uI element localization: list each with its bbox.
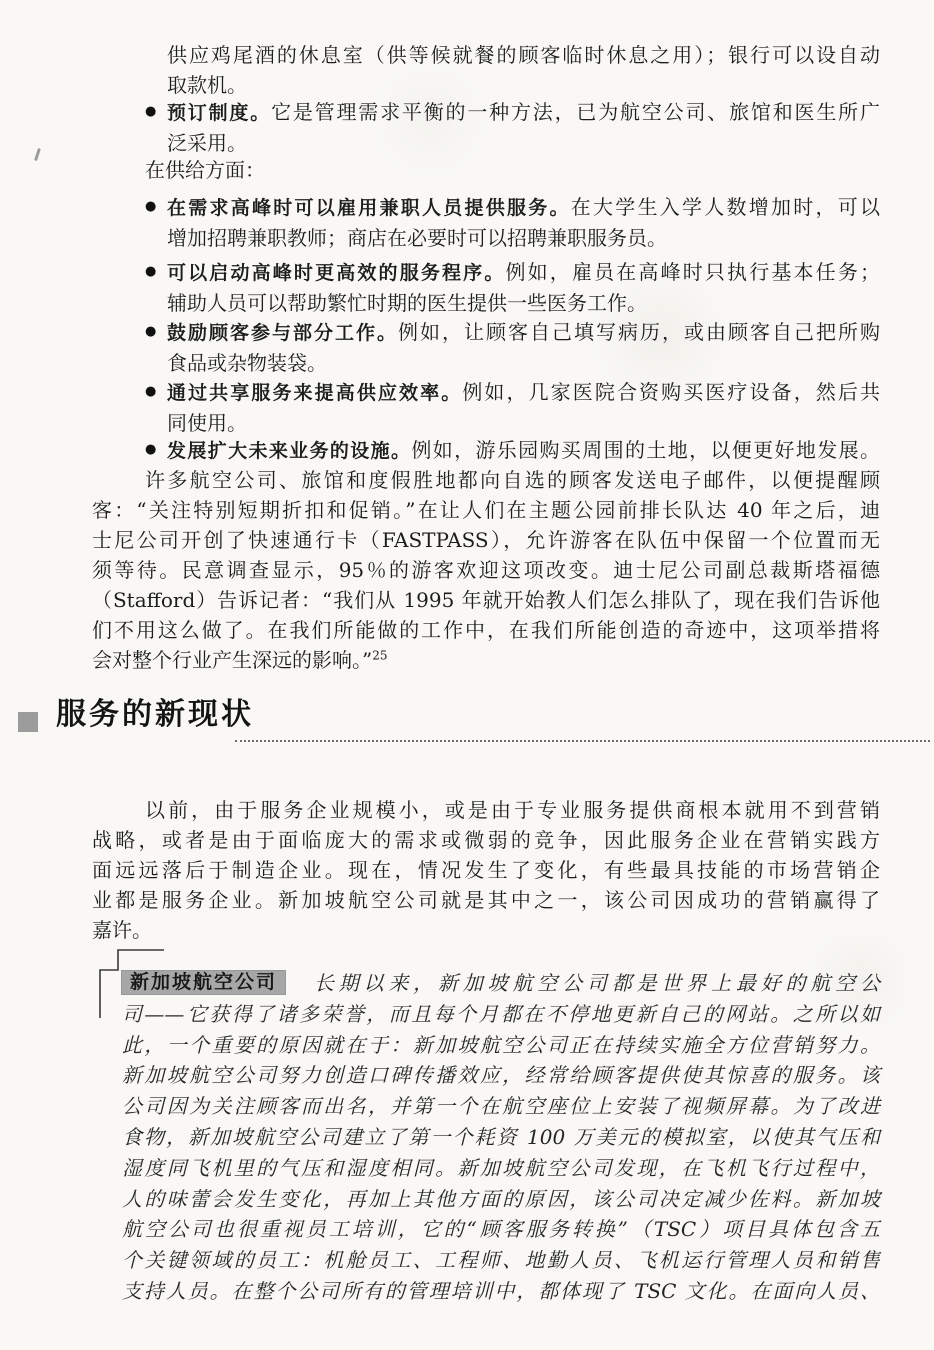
text-segment: 许多航空公司、旅馆和度假胜地都向自选的顾客发送电子邮件，以便提醒顾 — [145, 468, 880, 492]
text-segment: 会对整个行业产生深远的影响。” — [92, 648, 372, 672]
text-segment: 面远远落后于制造企业。现在，情况发生了变化，有些最具技能的市场营销企 — [92, 858, 880, 882]
text-line: 供应鸡尾酒的休息室（供等候就餐的顾客临时休息之用）；银行可以设自动 — [167, 40, 880, 70]
text-line: 新加坡航空公司努力创造口碑传播效应，经常给顾客提供使其惊喜的服务。该 — [122, 1060, 880, 1091]
text-segment: 例如，几家医院合资购买医疗设备，然后共 — [462, 380, 880, 404]
text-line: 通过共享服务来提高供应效率。例如，几家医院合资购买医疗设备，然后共 — [167, 377, 880, 408]
text-segment: 客：“关注特别短期折扣和促销。”在让人们在主题公园前排长队达 40 年之后，迪 — [92, 498, 880, 522]
text-line: 取款机。 — [167, 70, 880, 100]
text-line: 在供给方面： — [145, 155, 880, 185]
text-segment: 司——它获得了诸多荣誉，而且每个月都在不停地更新自己的网站。之所以如 — [122, 1002, 880, 1026]
text-segment: 嘉许。 — [92, 918, 152, 942]
text-line: 客：“关注特别短期折扣和促销。”在让人们在主题公园前排长队达 40 年之后，迪 — [92, 495, 880, 525]
text-segment: 食品或杂物装袋。 — [167, 351, 327, 375]
bullet-item-shared-services: ● 通过共享服务来提高供应效率。例如，几家医院合资购买医疗设备，然后共同使用。 — [167, 377, 880, 438]
text-segment: 须等待。民意调查显示，95％的游客欢迎这项改变。迪士尼公司副总裁斯塔福德 — [92, 558, 880, 582]
dotted-rule — [235, 740, 930, 742]
text-line: 湿度同飞机里的气压和湿度相同。新加坡航空公司发现，在飞机飞行过程中， — [122, 1153, 880, 1184]
bullet-item-customer-participation: ● 鼓励顾客参与部分工作。例如，让顾客自己填写病历，或由顾客自己把所购食品或杂物… — [167, 317, 880, 378]
bold-lead-text: 通过共享服务来提高供应效率。 — [167, 382, 462, 404]
text-segment: 湿度同飞机里的气压和湿度相同。新加坡航空公司发现，在飞机飞行过程中， — [122, 1156, 880, 1180]
text-segment: 个关键领域的员工：机舱员工、工程师、地勤人员、飞机运行管理人员和销售 — [122, 1248, 880, 1272]
text-line: 航空公司也很重视员工培训，它的“顾客服务转换”（TSC）项目具体包含五 — [122, 1214, 880, 1245]
text-segment: 新加坡航空公司努力创造口碑传播效应，经常给顾客提供使其惊喜的服务。该 — [122, 1063, 880, 1087]
bold-lead-text: 在需求高峰时可以雇用兼职人员提供服务。 — [167, 197, 571, 219]
text-segment: 食物，新加坡航空公司建立了第一个耗资 100 万美元的模拟室，以使其气压和 — [122, 1125, 880, 1149]
text-segment: 支持人员。在整个公司所有的管理培训中，都体现了 TSC 文化。在面向人员、 — [122, 1279, 880, 1303]
bullet-item-reservation-system: ● 预订制度。它是管理需求平衡的一种方法，已为航空公司、旅馆和医生所广泛采用。 — [167, 97, 880, 158]
text-segment: （Stafford）告诉记者：“我们从 1995 年就开始教人们怎么排队了，现在… — [92, 588, 880, 612]
bullet-icon: ● — [145, 317, 156, 347]
bullet-item-text: 鼓励顾客参与部分工作。例如，让顾客自己填写病历，或由顾客自己把所购食品或杂物装袋… — [167, 317, 880, 378]
footnote-ref: 25 — [372, 648, 387, 662]
book-page: 供应鸡尾酒的休息室（供等候就餐的顾客临时休息之用）；银行可以设自动取款机。 ● … — [0, 0, 934, 1350]
scan-artifact-mark — [34, 148, 40, 161]
text-segment: 航空公司也很重视员工培训，它的“顾客服务转换”（TSC）项目具体包含五 — [122, 1217, 880, 1241]
text-line: 面远远落后于制造企业。现在，情况发生了变化，有些最具技能的市场营销企 — [92, 855, 880, 885]
bullet-item-text: 在需求高峰时可以雇用兼职人员提供服务。在大学生入学人数增加时，可以增加招聘兼职教… — [167, 192, 880, 253]
text-segment: 此，一个重要的原因就在于：新加坡航空公司正在持续实施全方位营销努力。 — [122, 1033, 880, 1057]
section-marker-square — [18, 712, 38, 732]
text-segment: 辅助人员可以帮助繁忙时期的医生提供一些医务工作。 — [167, 291, 647, 315]
text-segment: 例如，让顾客自己填写病历，或由顾客自己把所购 — [398, 320, 880, 344]
text-line: 公司因为关注顾客而出名，并第一个在航空座位上安装了视频屏幕。为了改进 — [122, 1091, 880, 1122]
bullet-item-text: 通过共享服务来提高供应效率。例如，几家医院合资购买医疗设备，然后共同使用。 — [167, 377, 880, 438]
text-segment: 以前，由于服务企业规模小，或是由于专业服务提供商根本就用不到营销 — [145, 798, 880, 822]
supply-side-leadin: 在供给方面： — [145, 155, 880, 185]
text-line: 预订制度。它是管理需求平衡的一种方法，已为航空公司、旅馆和医生所广 — [167, 97, 880, 128]
bullet-item-peak-efficiency: ● 可以启动高峰时更高效的服务程序。例如，雇员在高峰时只执行基本任务；辅助人员可… — [167, 257, 880, 318]
text-line: 新加坡航空公司长期以来，新加坡航空公司都是世界上最好的航空公 — [122, 968, 880, 999]
bullet-item-text: 预订制度。它是管理需求平衡的一种方法，已为航空公司、旅馆和医生所广泛采用。 — [167, 97, 880, 158]
text-line: 须等待。民意调查显示，95％的游客欢迎这项改变。迪士尼公司副总裁斯塔福德 — [92, 555, 880, 585]
text-segment: 长期以来，新加坡航空公司都是世界上最好的航空公 — [309, 971, 880, 995]
text-line: 士尼公司开创了快速通行卡（FASTPASS），允许游客在队伍中保留一个位置而无 — [92, 525, 880, 555]
text-segment: 供应鸡尾酒的休息室（供等候就餐的顾客临时休息之用）；银行可以设自动 — [167, 43, 880, 67]
bullet-icon: ● — [145, 377, 156, 407]
text-segment: 业都是服务企业。新加坡航空公司就是其中之一，该公司因成功的营销赢得了 — [92, 888, 880, 912]
bold-lead-text: 预订制度。 — [167, 102, 271, 124]
bold-lead-text: 可以启动高峰时更高效的服务程序。 — [167, 262, 506, 284]
text-line: 食品或杂物装袋。 — [167, 348, 880, 378]
text-segment: 人的味蕾会发生变化，再加上其他方面的原因，该公司决定减少佐料。新加坡 — [122, 1187, 880, 1211]
bold-lead-text: 发展扩大未来业务的设施。 — [167, 440, 411, 462]
text-segment: 在大学生入学人数增加时，可以 — [571, 195, 880, 219]
text-line: 辅助人员可以帮助繁忙时期的医生提供一些医务工作。 — [167, 288, 880, 318]
text-line: 司——它获得了诸多荣誉，而且每个月都在不停地更新自己的网站。之所以如 — [122, 999, 880, 1030]
text-line: 泛采用。 — [167, 128, 880, 158]
case-study-tag: 新加坡航空公司 — [122, 971, 285, 994]
text-segment: 它是管理需求平衡的一种方法，已为航空公司、旅馆和医生所广 — [271, 100, 880, 124]
text-line: 以前，由于服务企业规模小，或是由于专业服务提供商根本就用不到营销 — [92, 795, 880, 825]
bullet-icon: ● — [145, 192, 156, 222]
text-segment: 战略，或者是由于面临庞大的需求或微弱的竞争，因此服务企业在营销实践方 — [92, 828, 880, 852]
text-line: （Stafford）告诉记者：“我们从 1995 年就开始教人们怎么排队了，现在… — [92, 585, 880, 615]
bullet-item-text: 可以启动高峰时更高效的服务程序。例如，雇员在高峰时只执行基本任务；辅助人员可以帮… — [167, 257, 880, 318]
text-segment: 泛采用。 — [167, 131, 247, 155]
text-line: 支持人员。在整个公司所有的管理培训中，都体现了 TSC 文化。在面向人员、 — [122, 1276, 880, 1307]
bullet-item-text: 发展扩大未来业务的设施。例如，游乐园购买周围的土地，以便更好地发展。 — [167, 435, 880, 466]
text-segment: 同使用。 — [167, 411, 247, 435]
text-line: 许多航空公司、旅馆和度假胜地都向自选的顾客发送电子邮件，以便提醒顾 — [92, 465, 880, 495]
text-segment: 例如，雇员在高峰时只执行基本任务； — [506, 260, 881, 284]
section-title: 服务的新现状 — [56, 698, 254, 732]
text-line: 可以启动高峰时更高效的服务程序。例如，雇员在高峰时只执行基本任务； — [167, 257, 880, 288]
text-line: 同使用。 — [167, 408, 880, 438]
text-line: 增加招聘兼职教师；商店在必要时可以招聘兼职服务员。 — [167, 223, 880, 253]
paragraph-service-new-realities: 以前，由于服务企业规模小，或是由于专业服务提供商根本就用不到营销战略，或者是由于… — [92, 795, 880, 945]
case-study-singapore-airlines: 新加坡航空公司长期以来，新加坡航空公司都是世界上最好的航空公司——它获得了诸多荣… — [122, 968, 880, 1307]
text-line: 发展扩大未来业务的设施。例如，游乐园购买周围的土地，以便更好地发展。 — [167, 435, 880, 466]
text-segment: 们不用这么做了。在我们所能做的工作中，在我们所能创造的奇迹中，这项举措将 — [92, 618, 880, 642]
bullet-item-continuation: 供应鸡尾酒的休息室（供等候就餐的顾客临时休息之用）；银行可以设自动取款机。 — [167, 40, 880, 100]
paragraph-disney-fastpass: 许多航空公司、旅馆和度假胜地都向自选的顾客发送电子邮件，以便提醒顾客：“关注特别… — [92, 465, 880, 675]
text-line: 鼓励顾客参与部分工作。例如，让顾客自己填写病历，或由顾客自己把所购 — [167, 317, 880, 348]
bullet-item-future-expansion: ● 发展扩大未来业务的设施。例如，游乐园购买周围的土地，以便更好地发展。 — [167, 435, 880, 466]
bullet-icon: ● — [145, 257, 156, 287]
text-line: 战略，或者是由于面临庞大的需求或微弱的竞争，因此服务企业在营销实践方 — [92, 825, 880, 855]
text-line: 会对整个行业产生深远的影响。”25 — [92, 645, 880, 675]
text-segment: 例如，游乐园购买周围的土地，以便更好地发展。 — [411, 438, 880, 462]
text-line: 嘉许。 — [92, 915, 880, 945]
text-line: 们不用这么做了。在我们所能做的工作中，在我们所能创造的奇迹中，这项举措将 — [92, 615, 880, 645]
bullet-icon: ● — [145, 97, 156, 127]
text-segment: 增加招聘兼职教师；商店在必要时可以招聘兼职服务员。 — [167, 226, 667, 250]
text-line: 食物，新加坡航空公司建立了第一个耗资 100 万美元的模拟室，以使其气压和 — [122, 1122, 880, 1153]
text-line: 人的味蕾会发生变化，再加上其他方面的原因，该公司决定减少佐料。新加坡 — [122, 1184, 880, 1215]
text-segment: 取款机。 — [167, 73, 247, 97]
text-segment: 公司因为关注顾客而出名，并第一个在航空座位上安装了视频屏幕。为了改进 — [122, 1094, 880, 1118]
text-line: 此，一个重要的原因就在于：新加坡航空公司正在持续实施全方位营销努力。 — [122, 1030, 880, 1061]
bold-lead-text: 鼓励顾客参与部分工作。 — [167, 322, 398, 344]
bullet-item-part-time-staff: ● 在需求高峰时可以雇用兼职人员提供服务。在大学生入学人数增加时，可以增加招聘兼… — [167, 192, 880, 253]
text-line: 业都是服务企业。新加坡航空公司就是其中之一，该公司因成功的营销赢得了 — [92, 885, 880, 915]
text-segment: 士尼公司开创了快速通行卡（FASTPASS），允许游客在队伍中保留一个位置而无 — [92, 528, 880, 552]
text-line: 个关键领域的员工：机舱员工、工程师、地勤人员、飞机运行管理人员和销售 — [122, 1245, 880, 1276]
bullet-icon: ● — [145, 435, 156, 465]
text-line: 在需求高峰时可以雇用兼职人员提供服务。在大学生入学人数增加时，可以 — [167, 192, 880, 223]
